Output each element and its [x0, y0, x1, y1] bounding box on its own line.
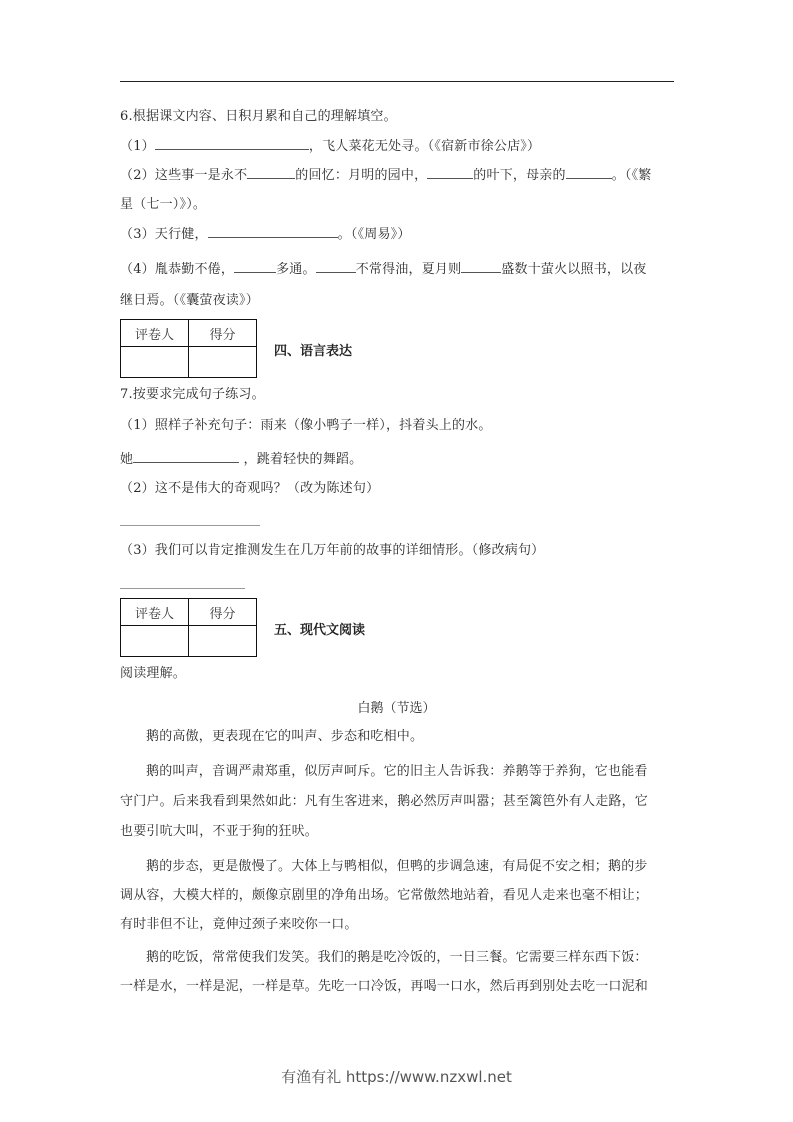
q6-item-2-prefix: （2）这些事一是永不: [120, 168, 247, 183]
paragraph-line: 有时非但不让，竟伸过颈子来咬你一口。: [120, 916, 676, 934]
section-title: 五、现代文阅读: [274, 619, 365, 638]
reading-instruction: 阅读理解。: [120, 665, 676, 683]
footer-watermark: 有渔有礼 https://www.nzxwl.net: [0, 1066, 793, 1087]
q6-item-2-cont: 星（七一）》）。: [120, 196, 676, 214]
score-header: 得分: [189, 599, 257, 626]
fill-blank[interactable]: [247, 166, 295, 179]
paragraph-line: 守门户。后来我看到果然如此：凡有生客进来，鹅必然厉声叫嚣；甚至篱笆外有人走路，它: [120, 793, 676, 811]
answer-line[interactable]: [120, 588, 245, 589]
score-header: 得分: [189, 320, 257, 347]
answer-line[interactable]: [120, 525, 260, 526]
q6-item-2-mid1: 的回忆：月明的园中，: [295, 168, 427, 183]
q6-title: 6.根据课文内容、日积月累和自己的理解填空。: [120, 108, 676, 126]
fill-blank[interactable]: [316, 260, 356, 273]
fill-blank[interactable]: [461, 260, 501, 273]
q7-item-1-fill: 她 ，跳着轻快的舞蹈。: [120, 450, 676, 469]
passage-title: 白鹅（节选）: [0, 697, 793, 716]
grader-cell[interactable]: [121, 347, 189, 378]
paragraph-line: 调从容，大模大样的，颇像京剧里的净角出场。它常傲然地站着，看见人走来也毫不相让；: [120, 887, 676, 905]
q6-item-4-cont: 继日焉。（《囊萤夜读》）: [120, 292, 676, 310]
q7-title: 7.按要求完成句子练习。: [120, 386, 676, 404]
grader-cell[interactable]: [121, 626, 189, 657]
q7-item-1-fill-suffix: ，跳着轻快的舞蹈。: [239, 452, 362, 467]
paragraph-line: 鹅的高傲，更表现在它的叫声、步态和吃相中。: [120, 728, 676, 746]
q7-item-1: （1）照样子补充句子：雨来（像小鸭子一样），抖着头上的水。: [120, 417, 676, 435]
score-table: 评卷人 得分: [120, 319, 257, 378]
score-box-section-4: 评卷人 得分 四、语言表达: [120, 319, 480, 379]
paragraph-line: 鹅的叫声，音调严肃郑重，似厉声呵斥。它的旧主人告诉我：养鹅等于养狗，它也能看: [120, 763, 676, 781]
q6-item-4-mid2: 不常得油，夏月则: [356, 262, 462, 277]
paragraph-line: 鹅的步态，更是傲慢了。大体上与鸭相似，但鸭的步调急速，有局促不安之相；鹅的步: [120, 858, 676, 876]
document-page: 6.根据课文内容、日积月累和自己的理解填空。 （1），飞人菜花无处寻。（《宿新市…: [0, 0, 793, 1122]
q6-item-3-suffix: 。（《周易》）: [338, 227, 411, 242]
fill-blank[interactable]: [427, 166, 473, 179]
paragraph-line: 鹅的吃饭，常常使我们发笑。我们的鹅是吃冷饭的，一日三餐。它需要三样东西下饭：: [120, 949, 676, 967]
q6-item-3: （3）天行健，。（《周易》）: [120, 225, 676, 244]
fill-blank[interactable]: [155, 137, 309, 150]
paragraph-line: 也要引吭大叫，不亚于狗的狂吠。: [120, 823, 676, 841]
q6-item-4-suffix: 盛数十萤火以照书，以夜: [501, 262, 646, 277]
q7-item-2: （2）这不是伟大的奇观吗？（改为陈述句）: [120, 480, 676, 498]
q7-item-1-fill-prefix: 她: [120, 452, 133, 467]
q6-item-2-suffix: 。（《繁: [612, 168, 652, 183]
paragraph-line: 一样是水，一样是泥，一样是草。先吃一口冷饭，再喝一口水，然后再到别处去吃一口泥和: [120, 978, 676, 996]
fill-blank[interactable]: [234, 260, 276, 273]
q7-item-3: （3）我们可以肯定推测发生在几万年前的故事的详细情形。（修改病句）: [120, 542, 676, 560]
grader-header: 评卷人: [121, 599, 189, 626]
q6-item-2: （2）这些事一是永不的回忆：月明的园中，的叶下，母亲的。（《繁: [120, 166, 676, 185]
header-rule: [120, 81, 674, 82]
score-table: 评卷人 得分: [120, 598, 257, 657]
score-box-section-5: 评卷人 得分 五、现代文阅读: [120, 598, 480, 658]
fill-blank[interactable]: [133, 450, 239, 463]
section-title: 四、语言表达: [274, 340, 352, 359]
q6-item-4: （4）胤恭勤不倦，多通。不常得油，夏月则盛数十萤火以照书，以夜: [120, 260, 676, 279]
q6-item-3-prefix: （3）天行健，: [120, 227, 208, 242]
score-cell[interactable]: [189, 347, 257, 378]
q6-item-4-prefix: （4）胤恭勤不倦，: [120, 262, 234, 277]
fill-blank[interactable]: [208, 225, 338, 238]
score-cell[interactable]: [189, 626, 257, 657]
q6-item-1-prefix: （1）: [120, 139, 155, 154]
q6-item-1: （1），飞人菜花无处寻。（《宿新市徐公店》）: [120, 137, 676, 156]
q6-item-1-suffix: ，飞人菜花无处寻。（《宿新市徐公店》）: [309, 139, 540, 154]
q6-item-4-mid1: 多通。: [276, 262, 316, 277]
q6-item-2-mid2: 的叶下，母亲的: [473, 168, 565, 183]
grader-header: 评卷人: [121, 320, 189, 347]
fill-blank[interactable]: [566, 166, 612, 179]
